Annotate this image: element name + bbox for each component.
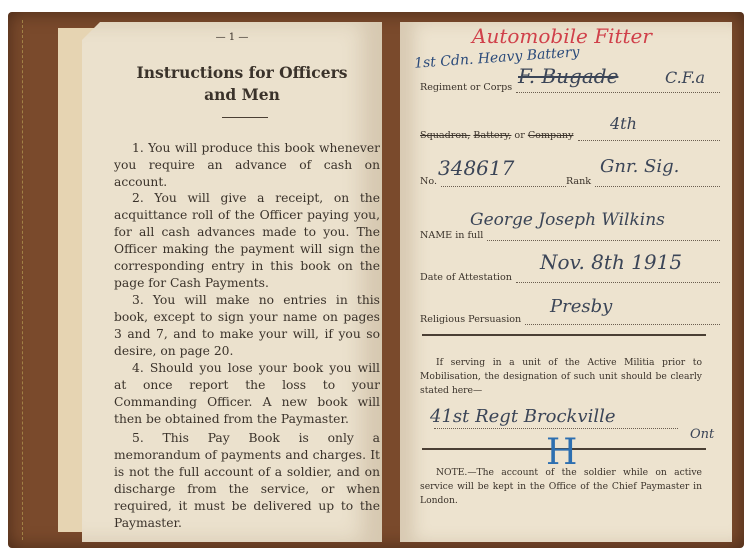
- regiment-struck-handwritten: F. Bugade: [518, 64, 618, 88]
- squadron-field: Squadron, Battery, or Company: [420, 130, 720, 141]
- number-handwritten: 348617: [438, 156, 514, 180]
- name-field: NAME in full: [420, 230, 720, 241]
- instruction-4: 4. Should you lose your book you will at…: [114, 360, 380, 428]
- page-title: Instructions for Officers and Men: [112, 62, 372, 106]
- name-handwritten: George Joseph Wilkins: [470, 210, 665, 230]
- section-rule: [422, 334, 706, 336]
- militia-unit-handwritten: 41st Regt Brockville: [430, 406, 616, 427]
- instruction-5: 5. This Pay Book is only a memorandum of…: [114, 430, 380, 532]
- militia-suffix-handwritten: Ont: [690, 427, 714, 442]
- militia-instruction: If serving in a unit of the Active Milit…: [420, 356, 702, 398]
- instruction-3: 3. You will make no entries in this book…: [114, 292, 380, 360]
- left-page-instructions: — 1 — Instructions for Officers and Men …: [82, 22, 382, 542]
- instruction-2: 2. You will give a receipt, on the acqui…: [114, 190, 380, 292]
- rank-handwritten: Gnr. Sig.: [600, 156, 679, 177]
- title-rule: [222, 117, 268, 118]
- militia-dots: [434, 428, 678, 429]
- note-text: NOTE.—The account of the soldier while o…: [420, 466, 702, 508]
- religion-handwritten: Presby: [550, 296, 612, 317]
- squadron-handwritten: 4th: [610, 114, 637, 133]
- page-number: — 1 —: [82, 32, 382, 43]
- instruction-1: 1. You will produce this book whenever y…: [114, 140, 380, 191]
- right-page-particulars: Automobile Fitter 1st Cdn. Heavy Battery…: [400, 22, 732, 542]
- regiment-suffix-handwritten: C.F.a: [665, 68, 705, 87]
- date-handwritten: Nov. 8th 1915: [540, 250, 682, 274]
